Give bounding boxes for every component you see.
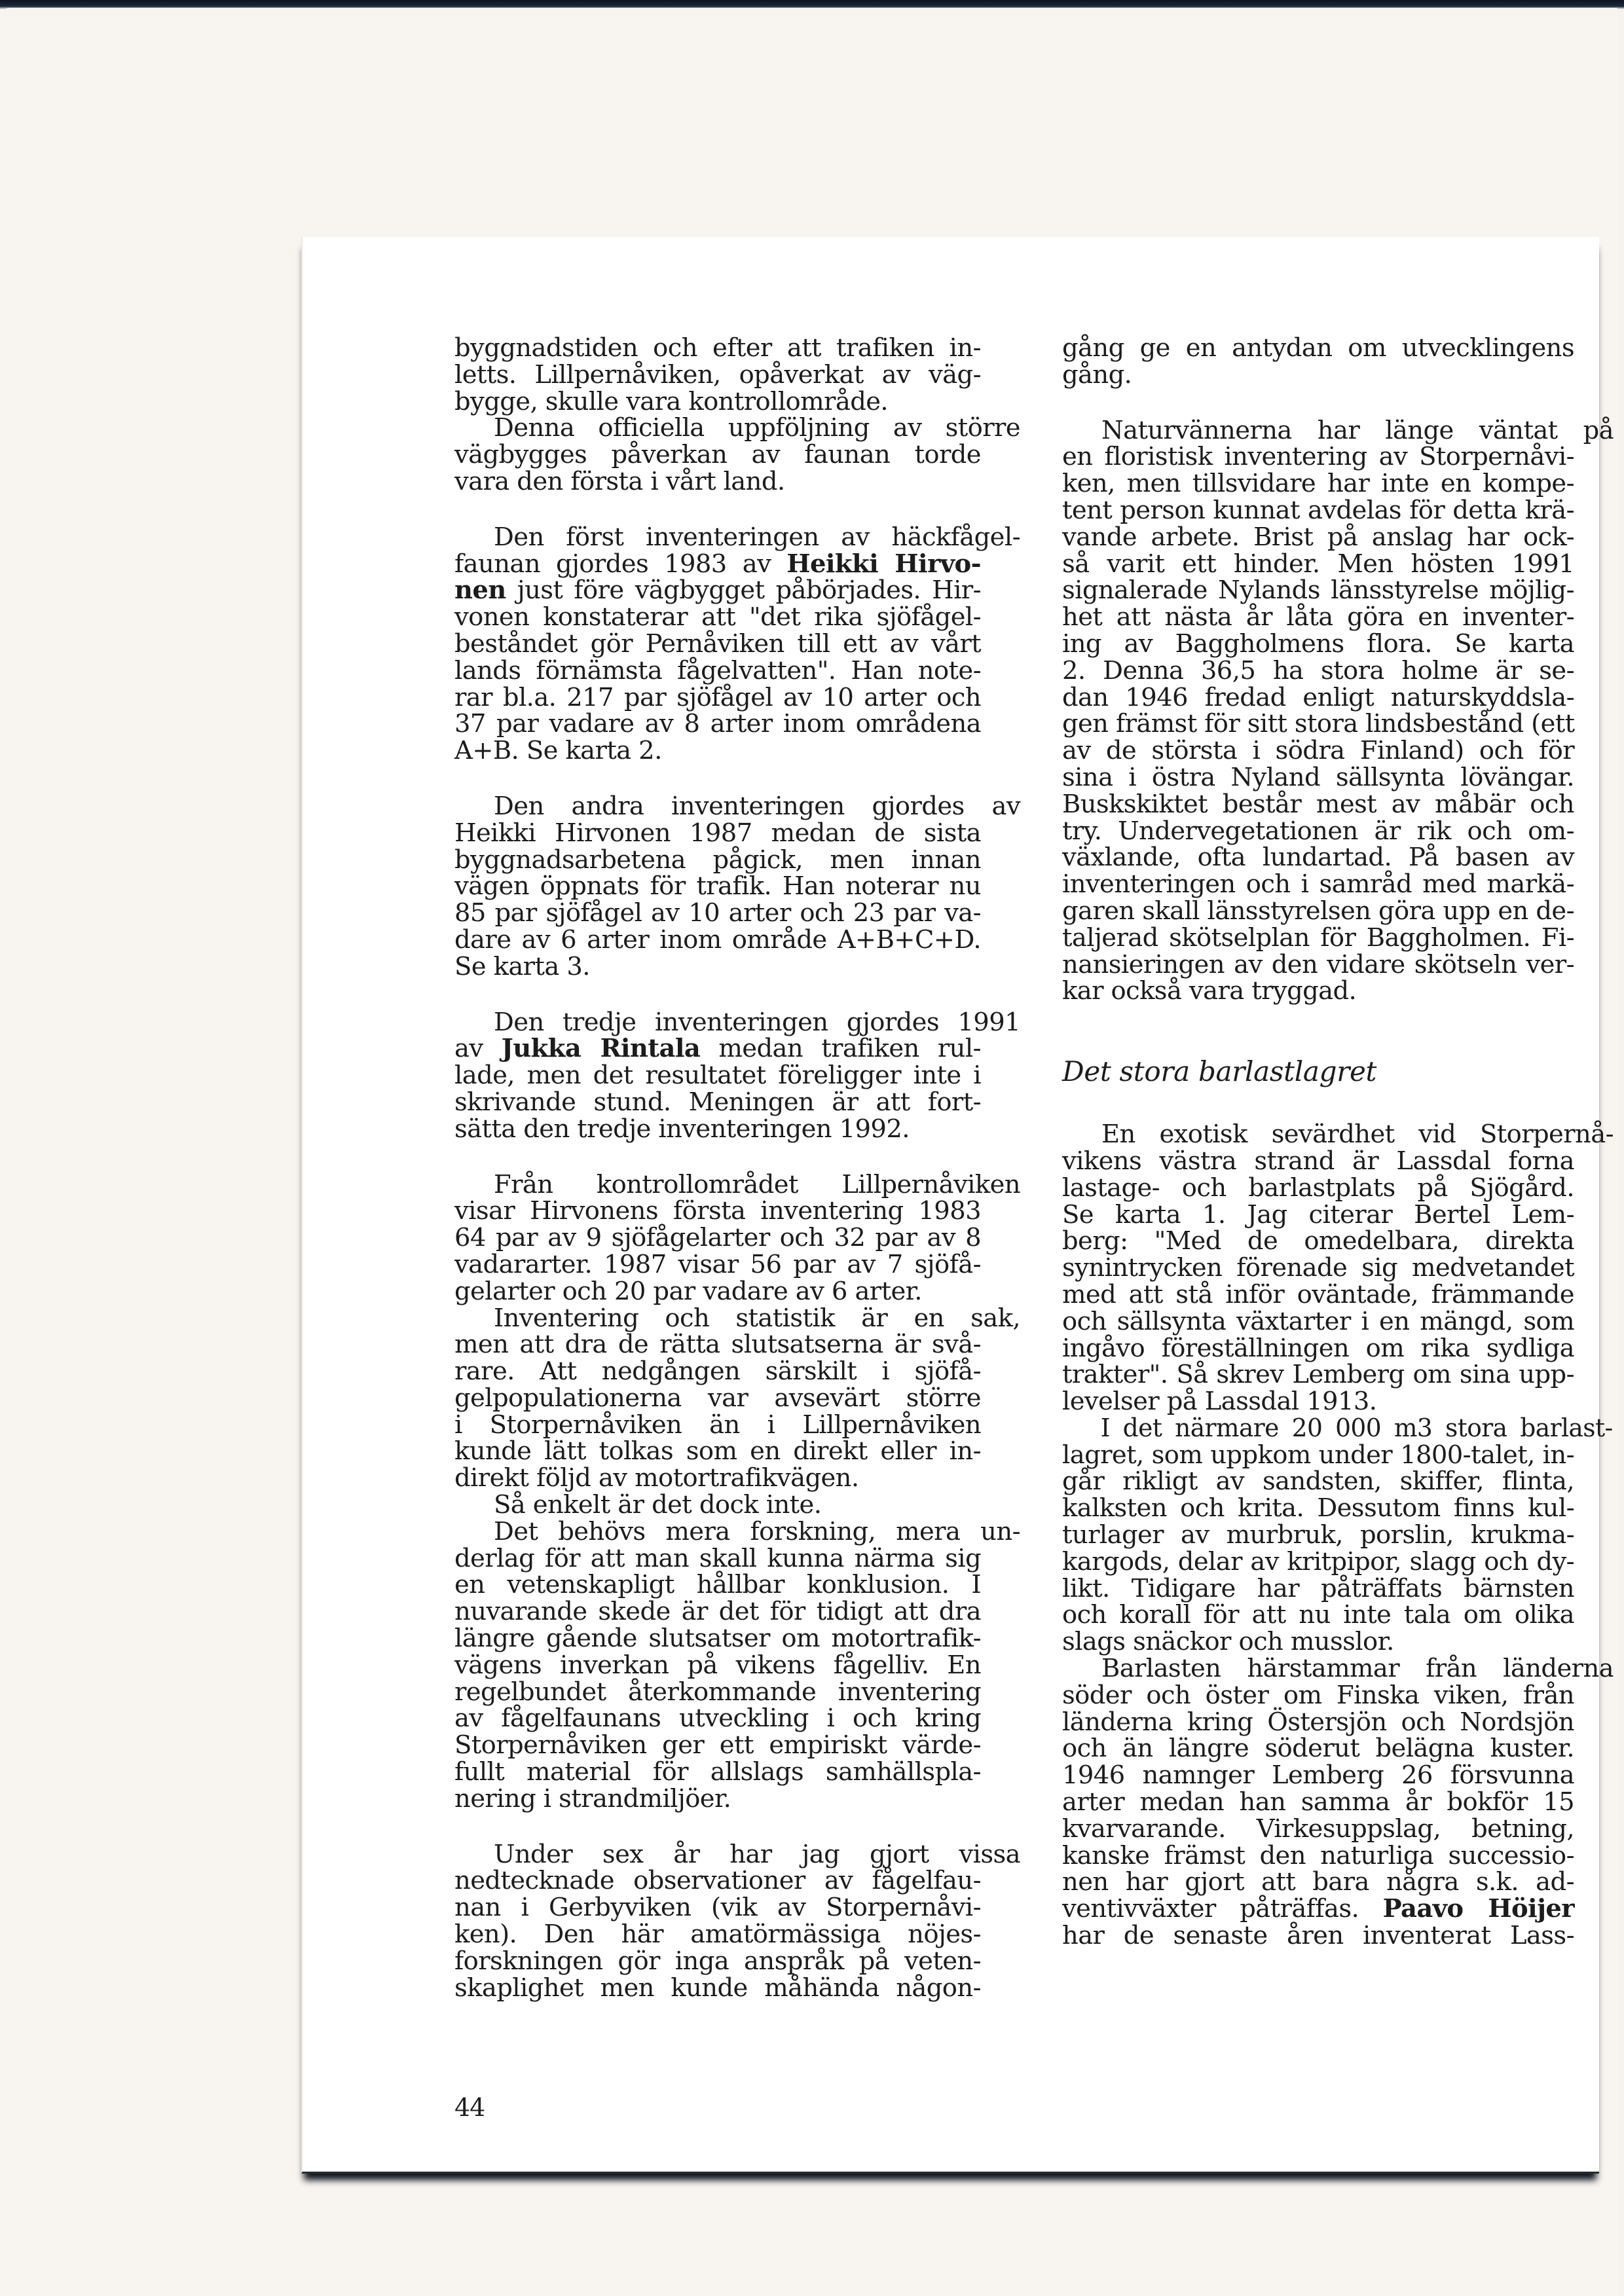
text-line: och sällsynta växtarter i en mängd, som <box>1062 1309 1574 1336</box>
text-line: synintrycken förenade sig medvetandet <box>1062 1255 1574 1282</box>
text-line: rare. Att nedgången särskilt i sjöfå- <box>454 1358 981 1385</box>
text-run: vande arbete. Brist på anslag har ock- <box>1062 522 1574 552</box>
text-line: vägen öppnats för trafik. Han noterar nu <box>454 873 981 900</box>
text-run: ing av Baggholmens flora. Se karta <box>1062 629 1574 659</box>
text-line: visar Hirvonens första inventering 1983 <box>454 1198 981 1225</box>
text-run: berg: "Med de omedelbara, direkta <box>1062 1226 1574 1256</box>
text-run: ventivväxter påträffas. <box>1062 1894 1383 1923</box>
text-line: kalksten och krita. Dessutom finns kul- <box>1062 1495 1574 1522</box>
text-run: växlande, ofta lundartad. På basen av <box>1062 843 1574 872</box>
text-run: kargods, delar av kritpipor, slagg och d… <box>1062 1547 1574 1576</box>
bold-name: nen <box>454 575 506 605</box>
text-line: kanske främst den naturliga successio- <box>1062 1843 1574 1870</box>
text-run: gen främst för sitt stora lindsbestånd (… <box>1062 709 1574 738</box>
text-run: byggnadstiden och efter att trafiken in- <box>454 333 981 363</box>
text-line: Storpernåviken ger ett empiriskt värde- <box>454 1732 981 1759</box>
text-line: A+B. Se karta 2. <box>454 738 981 765</box>
text-line: direkt följd av motortrafikvägen. <box>454 1465 981 1492</box>
text-line: garen skall länsstyrelsen göra upp en de… <box>1062 898 1574 925</box>
text-run: Så enkelt är det dock inte. <box>494 1490 821 1520</box>
text-line: Buskskiktet består mest av måbär och <box>1062 792 1574 818</box>
text-run: direkt följd av motortrafikvägen. <box>454 1463 859 1493</box>
text-line: dare av 6 arter inom område A+B+C+D. <box>454 927 981 954</box>
paragraph: Det behövs mera forskning, mera un-derla… <box>454 1519 981 1813</box>
text-line: turlager av murbruk, porslin, krukma- <box>1062 1522 1574 1549</box>
text-run: och sällsynta växtarter i en mängd, som <box>1062 1307 1574 1336</box>
text-run: levelser på Lassdal 1913. <box>1062 1387 1376 1416</box>
text-run: men att dra de rätta slutsatserna är svå… <box>454 1330 981 1359</box>
text-run: rare. Att nedgången särskilt i sjöfå- <box>454 1357 981 1386</box>
text-line: rar bl.a. 217 par sjöfågel av 10 arter o… <box>454 685 981 712</box>
text-line: en floristisk inventering av Storpernåvi… <box>1062 444 1574 471</box>
text-line: byggnadstiden och efter att trafiken in- <box>454 335 981 362</box>
text-run: av <box>454 1034 502 1063</box>
text-line: sina i östra Nyland sällsynta lövängar. <box>1062 765 1574 792</box>
text-line: 37 par vadare av 8 arter inom områdena <box>454 711 981 738</box>
text-run: letts. Lillpernåviken, opåverkat av väg- <box>454 360 981 390</box>
text-line: derlag för att man skall kunna närma sig <box>454 1546 981 1573</box>
text-line: fullt material för allslags samhällspla- <box>454 1759 981 1786</box>
text-line: så varit ett hinder. Men hösten 1991 <box>1062 551 1574 578</box>
text-run: så varit ett hinder. Men hösten 1991 <box>1062 549 1574 579</box>
text-run: 1946 namnger Lemberg 26 försvunna <box>1062 1760 1574 1790</box>
text-run: sina i östra Nyland sällsynta lövängar. <box>1062 763 1574 792</box>
text-line: likt. Tidigare har påträffats bärnsten <box>1062 1576 1574 1603</box>
text-run: het att nästa år låta göra en inventer- <box>1062 602 1574 632</box>
text-run: 64 par av 9 sjöfågelarter och 32 par av … <box>454 1223 981 1252</box>
text-line: kvarvarande. Virkesuppslag, betning, <box>1062 1816 1574 1843</box>
paragraph: Barlasten härstammar från ländernasöder … <box>1062 1656 1574 1950</box>
text-line: I det närmare 20 000 m3 stora barlast- <box>1062 1415 1613 1442</box>
text-line: ing av Baggholmens flora. Se karta <box>1062 631 1574 658</box>
text-run: garen skall länsstyrelsen göra upp en de… <box>1062 896 1574 926</box>
text-line: vikens västra strand är Lassdal forna <box>1062 1148 1574 1175</box>
text-run: kalksten och krita. Dessutom finns kul- <box>1062 1493 1574 1523</box>
text-line: kunde lätt tolkas som en direkt eller in… <box>454 1438 981 1465</box>
text-run: en vetenskapligt hållbar konklusion. I <box>454 1570 981 1599</box>
text-line: Heikki Hirvonen 1987 medan de sista <box>454 820 981 847</box>
text-line: sätta den tredje inventeringen 1992. <box>454 1116 981 1143</box>
text-line: av de största i södra Finland) och för <box>1062 738 1574 765</box>
section-body: En exotisk sevärdhet vid Storpernå-viken… <box>1062 1121 1574 1950</box>
text-run: rar bl.a. 217 par sjöfågel av 10 arter o… <box>454 683 981 712</box>
text-run: byggnadsarbetena pågick, men innan <box>454 845 981 875</box>
paragraph: Under sex år har jag gjort vissanedteckn… <box>454 1842 981 2002</box>
text-run: visar Hirvonens första inventering 1983 <box>454 1196 981 1226</box>
text-line: Naturvännerna har länge väntat på <box>1062 418 1614 445</box>
text-run: i Storpernåviken än i Lillpernåviken <box>454 1410 981 1440</box>
text-run: Naturvännerna har länge väntat på <box>1101 416 1614 445</box>
text-line: av fågelfaunans utveckling i och kring <box>454 1705 981 1732</box>
text-run: faunan gjordes 1983 av <box>454 549 786 579</box>
right-column-body: gång ge en antydan om utvecklingensgång.… <box>1062 335 1574 1005</box>
text-run: Under sex år har jag gjort vissa <box>494 1840 1020 1869</box>
text-run: vara den första i vårt land. <box>454 467 785 496</box>
right-text-column: gång ge en antydan om utvecklingensgång.… <box>1062 335 1574 1950</box>
text-line: nen just före vägbygget påbörjades. Hir- <box>454 577 981 604</box>
text-run: en floristisk inventering av Storpernåvi… <box>1062 442 1574 471</box>
text-line: lade, men det resultatet föreligger inte… <box>454 1063 981 1089</box>
text-line: ventivväxter påträffas. Paavo Höijer <box>1062 1896 1574 1923</box>
text-run: Barlasten härstammar från länderna <box>1101 1654 1614 1683</box>
text-run: dan 1946 fredad enligt naturskyddsla- <box>1062 683 1574 712</box>
text-run: söder och öster om Finska viken, från <box>1062 1681 1574 1710</box>
text-run: nan i Gerbyviken (vik av Storpernåvi- <box>454 1893 981 1922</box>
text-line: gelarter och 20 par vadare av 6 arter. <box>454 1279 981 1305</box>
text-run: nuvarande skede är det för tidigt att dr… <box>454 1597 981 1626</box>
text-line: faunan gjordes 1983 av Heikki Hirvo- <box>454 551 981 578</box>
text-run: tent person kunnat avdelas för detta krä… <box>1062 496 1574 525</box>
text-line: växlande, ofta lundartad. På basen av <box>1062 845 1574 871</box>
text-run: Från kontrollområdet Lillpernåviken <box>494 1170 1020 1199</box>
text-run: ken, men tillsvidare har inte en kompe- <box>1062 469 1574 498</box>
text-line: vonen konstaterar att "det rika sjöfågel… <box>454 604 981 631</box>
text-run: Den tredje inventeringen gjordes 1991 <box>494 1008 1020 1037</box>
text-line: längre gående slutsatser om motortrafik- <box>454 1626 981 1652</box>
paragraph: Den tredje inventeringen gjordes 1991av … <box>454 1010 981 1143</box>
text-line: ingåvo föreställningen om rika sydliga <box>1062 1336 1574 1362</box>
text-run: lagret, som uppkom under 1800-talet, in- <box>1062 1440 1574 1470</box>
text-run: Den först inventeringen av häckfågel- <box>494 522 1020 552</box>
text-line: forskningen gör inga anspråk på veten- <box>454 1948 981 1975</box>
text-run: Buskskiktet består mest av måbär och <box>1062 790 1574 819</box>
text-run: kanske främst den naturliga successio- <box>1062 1841 1574 1870</box>
text-run: Se karta 1. Jag citerar Bertel Lem- <box>1062 1200 1574 1230</box>
text-line: beståndet gör Pernåviken till ett av vår… <box>454 631 981 658</box>
text-run: Se karta 3. <box>454 952 590 981</box>
text-line: gång. <box>1062 362 1574 389</box>
text-run: kvarvarande. Virkesuppslag, betning, <box>1062 1814 1574 1844</box>
text-run: kar också vara tryggad. <box>1062 976 1356 1006</box>
text-line: vara den första i vårt land. <box>454 469 981 496</box>
text-run: nen har gjort att bara några s.k. ad- <box>1062 1867 1574 1897</box>
text-run: trakter". Så skrev Lemberg om sina upp- <box>1062 1360 1574 1389</box>
text-line: nedtecknade observationer av fågelfau- <box>454 1868 981 1895</box>
text-run: lands förnämsta fågelvatten". Han note- <box>454 656 981 685</box>
text-line: nen har gjort att bara några s.k. ad- <box>1062 1869 1574 1896</box>
text-line: arter medan han samma år bokför 15 <box>1062 1789 1574 1816</box>
text-line: Från kontrollområdet Lillpernåviken <box>454 1172 1020 1199</box>
text-run: lade, men det resultatet föreligger inte… <box>454 1061 981 1090</box>
text-line: gen främst för sitt stora lindsbestånd (… <box>1062 711 1574 738</box>
text-run: av de största i södra Finland) och för <box>1062 736 1574 765</box>
text-line: bygge, skulle vara kontrollområde. <box>454 389 981 416</box>
text-run: inventeringen och i samråd med markä- <box>1062 869 1574 899</box>
text-run: nansieringen av den vidare skötseln ver- <box>1062 950 1574 979</box>
text-line: nuvarande skede är det för tidigt att dr… <box>454 1599 981 1626</box>
text-run: signalerade Nylands länsstyrelse möjlig- <box>1062 575 1574 605</box>
text-run: Den andra inventeringen gjordes av <box>494 792 1020 821</box>
text-line: och korall för att nu inte tala om olika <box>1062 1602 1574 1629</box>
text-line: skaplighet men kunde måhända någon- <box>454 1975 981 2002</box>
text-run: vikens västra strand är Lassdal forna <box>1062 1146 1574 1176</box>
left-text-column: byggnadstiden och efter att trafiken in-… <box>454 335 981 2030</box>
text-line: Den andra inventeringen gjordes av <box>454 793 1020 820</box>
text-run: try. Undervegetationen är rik och om- <box>1062 816 1574 846</box>
paragraph: Naturvännerna har länge väntat påen flor… <box>1062 418 1574 1006</box>
text-run: av fågelfaunans utveckling i och kring <box>454 1704 981 1733</box>
text-line: och än längre söderut belägna kuster. <box>1062 1736 1574 1762</box>
text-line: lands förnämsta fågelvatten". Han note- <box>454 658 981 685</box>
paragraph: Så enkelt är det dock inte. <box>454 1492 981 1519</box>
text-line: Den först inventeringen av häckfågel- <box>454 524 1020 551</box>
text-line: berg: "Med de omedelbara, direkta <box>1062 1228 1574 1255</box>
text-line: vägbygges påverkan av faunan torde <box>454 442 981 469</box>
text-line: men att dra de rätta slutsatserna är svå… <box>454 1332 981 1358</box>
text-run: A+B. Se karta 2. <box>454 736 662 765</box>
text-run: beståndet gör Pernåviken till ett av vår… <box>454 629 981 659</box>
text-run: vadararter. 1987 visar 56 par av 7 sjöfå… <box>454 1250 981 1279</box>
text-run: just före vägbygget påbörjades. Hir- <box>506 575 981 605</box>
text-line: Inventering och statistik är en sak, <box>454 1305 1020 1332</box>
text-line: 1946 namnger Lemberg 26 försvunna <box>1062 1762 1574 1789</box>
bold-name: Jukka Rintala <box>502 1034 701 1063</box>
text-run: Storpernåviken ger ett empiriskt värde- <box>454 1730 981 1760</box>
paragraph: Den först inventeringen av häckfågel-fau… <box>454 524 981 765</box>
text-line: vande arbete. Brist på anslag har ock- <box>1062 524 1574 551</box>
text-run: går rikligt av sandsten, skiffer, flinta… <box>1062 1467 1574 1496</box>
text-line: 2. Denna 36,5 ha stora holme är se- <box>1062 658 1574 685</box>
text-run: Inventering och statistik är en sak, <box>494 1303 1020 1333</box>
text-run: med att stå inför oväntade, främmande <box>1062 1280 1574 1309</box>
text-run: nering i strandmiljöer. <box>454 1784 731 1813</box>
text-line: söder och öster om Finska viken, från <box>1062 1683 1574 1709</box>
text-line: slags snäckor och musslor. <box>1062 1629 1574 1656</box>
text-run: skrivande stund. Meningen är att fort- <box>454 1087 981 1117</box>
text-run: bygge, skulle vara kontrollområde. <box>454 387 888 416</box>
text-line: ken, men tillsvidare har inte en kompe- <box>1062 471 1574 498</box>
text-run: längre gående slutsatser om motortrafik- <box>454 1624 981 1653</box>
text-run: länderna kring Östersjön och Nordsjön <box>1062 1707 1574 1737</box>
text-line: tent person kunnat avdelas för detta krä… <box>1062 498 1574 524</box>
text-line: skrivande stund. Meningen är att fort- <box>454 1089 981 1116</box>
text-line: gång ge en antydan om utvecklingens <box>1062 335 1574 362</box>
text-run: regelbundet återkommande inventering <box>454 1677 981 1707</box>
book-page: byggnadstiden och efter att trafiken in-… <box>301 237 1599 2174</box>
text-run: gelarter och 20 par vadare av 6 arter. <box>454 1277 922 1306</box>
text-run: fullt material för allslags samhällspla- <box>454 1757 981 1787</box>
text-run: och korall för att nu inte tala om olika <box>1062 1600 1574 1630</box>
text-line: kar också vara tryggad. <box>1062 978 1574 1005</box>
text-line: levelser på Lassdal 1913. <box>1062 1389 1574 1415</box>
text-line: trakter". Så skrev Lemberg om sina upp- <box>1062 1362 1574 1389</box>
text-run: kunde lätt tolkas som en direkt eller in… <box>454 1436 981 1466</box>
text-line: lastage- och barlastplats på Sjögård. <box>1062 1175 1574 1202</box>
text-line: Se karta 3. <box>454 954 981 981</box>
text-line: Under sex år har jag gjort vissa <box>454 1842 1020 1868</box>
text-line: i Storpernåviken än i Lillpernåviken <box>454 1412 981 1439</box>
text-run: Det behövs mera forskning, mera un- <box>494 1517 1020 1546</box>
text-line: vadararter. 1987 visar 56 par av 7 sjöfå… <box>454 1252 981 1279</box>
paragraph: byggnadstiden och efter att trafiken in-… <box>454 335 981 415</box>
text-run: Heikki Hirvonen 1987 medan de sista <box>454 818 981 848</box>
page-number: 44 <box>454 2093 485 2122</box>
text-line: av Jukka Rintala medan trafiken rul- <box>454 1036 981 1063</box>
text-run: vägen öppnats för trafik. Han noterar nu <box>454 871 981 901</box>
text-line: vägens inverkan på vikens fågelliv. En <box>454 1652 981 1679</box>
text-line: nansieringen av den vidare skötseln ver- <box>1062 952 1574 979</box>
text-run: likt. Tidigare har påträffats bärnsten <box>1062 1574 1574 1603</box>
text-run: gång ge en antydan om utvecklingens <box>1062 333 1574 363</box>
text-run: synintrycken förenade sig medvetandet <box>1062 1253 1574 1283</box>
text-run: skaplighet men kunde måhända någon- <box>454 1973 981 2003</box>
text-run: gelpopulationerna var avsevärt större <box>454 1383 981 1413</box>
text-run: ingåvo föreställningen om rika sydliga <box>1062 1334 1574 1363</box>
paragraph: I det närmare 20 000 m3 stora barlast-la… <box>1062 1415 1574 1656</box>
text-run: derlag för att man skall kunna närma sig <box>454 1544 981 1573</box>
text-line: Den tredje inventeringen gjordes 1991 <box>454 1010 1020 1036</box>
text-run: sätta den tredje inventeringen 1992. <box>454 1114 910 1144</box>
text-line: gelpopulationerna var avsevärt större <box>454 1385 981 1412</box>
text-line: har de senaste åren inventerat Lass- <box>1062 1923 1574 1950</box>
text-run: lastage- och barlastplats på Sjögård. <box>1062 1173 1574 1203</box>
text-line: try. Undervegetationen är rik och om- <box>1062 818 1574 845</box>
text-line: länderna kring Östersjön och Nordsjön <box>1062 1709 1574 1736</box>
text-line: regelbundet återkommande inventering <box>454 1679 981 1706</box>
text-run: vägbygges påverkan av faunan torde <box>454 440 981 469</box>
paragraph: Från kontrollområdet Lillpernåvikenvisar… <box>454 1172 981 1305</box>
text-line: En exotisk sevärdhet vid Storpernå- <box>1062 1121 1614 1148</box>
text-run: Denna officiella uppföljning av större <box>494 413 1020 443</box>
text-line: lagret, som uppkom under 1800-talet, in- <box>1062 1442 1574 1469</box>
paragraph: Den andra inventeringen gjordes avHeikki… <box>454 793 981 981</box>
text-line: kargods, delar av kritpipor, slagg och d… <box>1062 1549 1574 1576</box>
text-line: Det behövs mera forskning, mera un- <box>454 1519 1020 1546</box>
text-run: ken). Den här amatörmässiga nöjes- <box>454 1920 981 1949</box>
text-run: gång. <box>1062 360 1132 390</box>
text-line: med att stå inför oväntade, främmande <box>1062 1282 1574 1309</box>
text-run: turlager av murbruk, porslin, krukma- <box>1062 1520 1574 1550</box>
paragraph: gång ge en antydan om utvecklingensgång. <box>1062 335 1574 389</box>
text-line: ken). Den här amatörmässiga nöjes- <box>454 1922 981 1948</box>
text-run: I det närmare 20 000 m3 stora barlast- <box>1101 1413 1613 1443</box>
text-line: byggnadsarbetena pågick, men innan <box>454 847 981 874</box>
text-line: dan 1946 fredad enligt naturskyddsla- <box>1062 685 1574 712</box>
text-run: nedtecknade observationer av fågelfau- <box>454 1866 981 1895</box>
paragraph: En exotisk sevärdhet vid Storpernå-viken… <box>1062 1121 1574 1415</box>
text-run: medan trafiken rul- <box>700 1034 981 1063</box>
paragraph: Inventering och statistik är en sak,men … <box>454 1305 981 1493</box>
text-run: 37 par vadare av 8 arter inom områdena <box>454 709 981 738</box>
text-line: Barlasten härstammar från länderna <box>1062 1656 1614 1683</box>
text-run: vägens inverkan på vikens fågelliv. En <box>454 1650 981 1680</box>
text-line: Så enkelt är det dock inte. <box>454 1492 981 1519</box>
text-line: Denna officiella uppföljning av större <box>454 415 1020 442</box>
bold-name: Paavo Höijer <box>1383 1894 1574 1923</box>
text-line: inventeringen och i samråd med markä- <box>1062 871 1574 898</box>
text-run: vonen konstaterar att "det rika sjöfågel… <box>454 602 981 632</box>
text-line: går rikligt av sandsten, skiffer, flinta… <box>1062 1468 1574 1495</box>
text-line: 85 par sjöfågel av 10 arter och 23 par v… <box>454 900 981 927</box>
text-run: arter medan han samma år bokför 15 <box>1062 1787 1574 1817</box>
text-line: signalerade Nylands länsstyrelse möjlig- <box>1062 577 1574 604</box>
text-run: 85 par sjöfågel av 10 arter och 23 par v… <box>454 898 981 928</box>
text-run: och än längre söderut belägna kuster. <box>1062 1734 1574 1763</box>
paragraph: Denna officiella uppföljning av störrevä… <box>454 415 981 495</box>
text-line: Se karta 1. Jag citerar Bertel Lem- <box>1062 1202 1574 1229</box>
bold-name: Heikki Hirvo- <box>786 549 981 579</box>
text-line: nering i strandmiljöer. <box>454 1786 981 1813</box>
text-run: dare av 6 arter inom område A+B+C+D. <box>454 925 981 955</box>
text-line: en vetenskapligt hållbar konklusion. I <box>454 1572 981 1599</box>
text-line: letts. Lillpernåviken, opåverkat av väg- <box>454 362 981 389</box>
text-line: taljerad skötselplan för Baggholmen. Fi- <box>1062 925 1574 952</box>
text-line: 64 par av 9 sjöfågelarter och 32 par av … <box>454 1225 981 1252</box>
text-run: 2. Denna 36,5 ha stora holme är se- <box>1062 656 1574 685</box>
text-line: nan i Gerbyviken (vik av Storpernåvi- <box>454 1895 981 1922</box>
text-run: taljerad skötselplan för Baggholmen. Fi- <box>1062 923 1574 953</box>
text-run: En exotisk sevärdhet vid Storpernå- <box>1101 1120 1614 1149</box>
text-run: slags snäckor och musslor. <box>1062 1627 1394 1656</box>
text-run: forskningen gör inga anspråk på veten- <box>454 1946 981 1976</box>
text-line: het att nästa år låta göra en inventer- <box>1062 604 1574 631</box>
text-run: har de senaste åren inventerat Lass- <box>1062 1921 1574 1950</box>
section-heading: Det stora barlastlagret <box>1062 1057 1574 1086</box>
